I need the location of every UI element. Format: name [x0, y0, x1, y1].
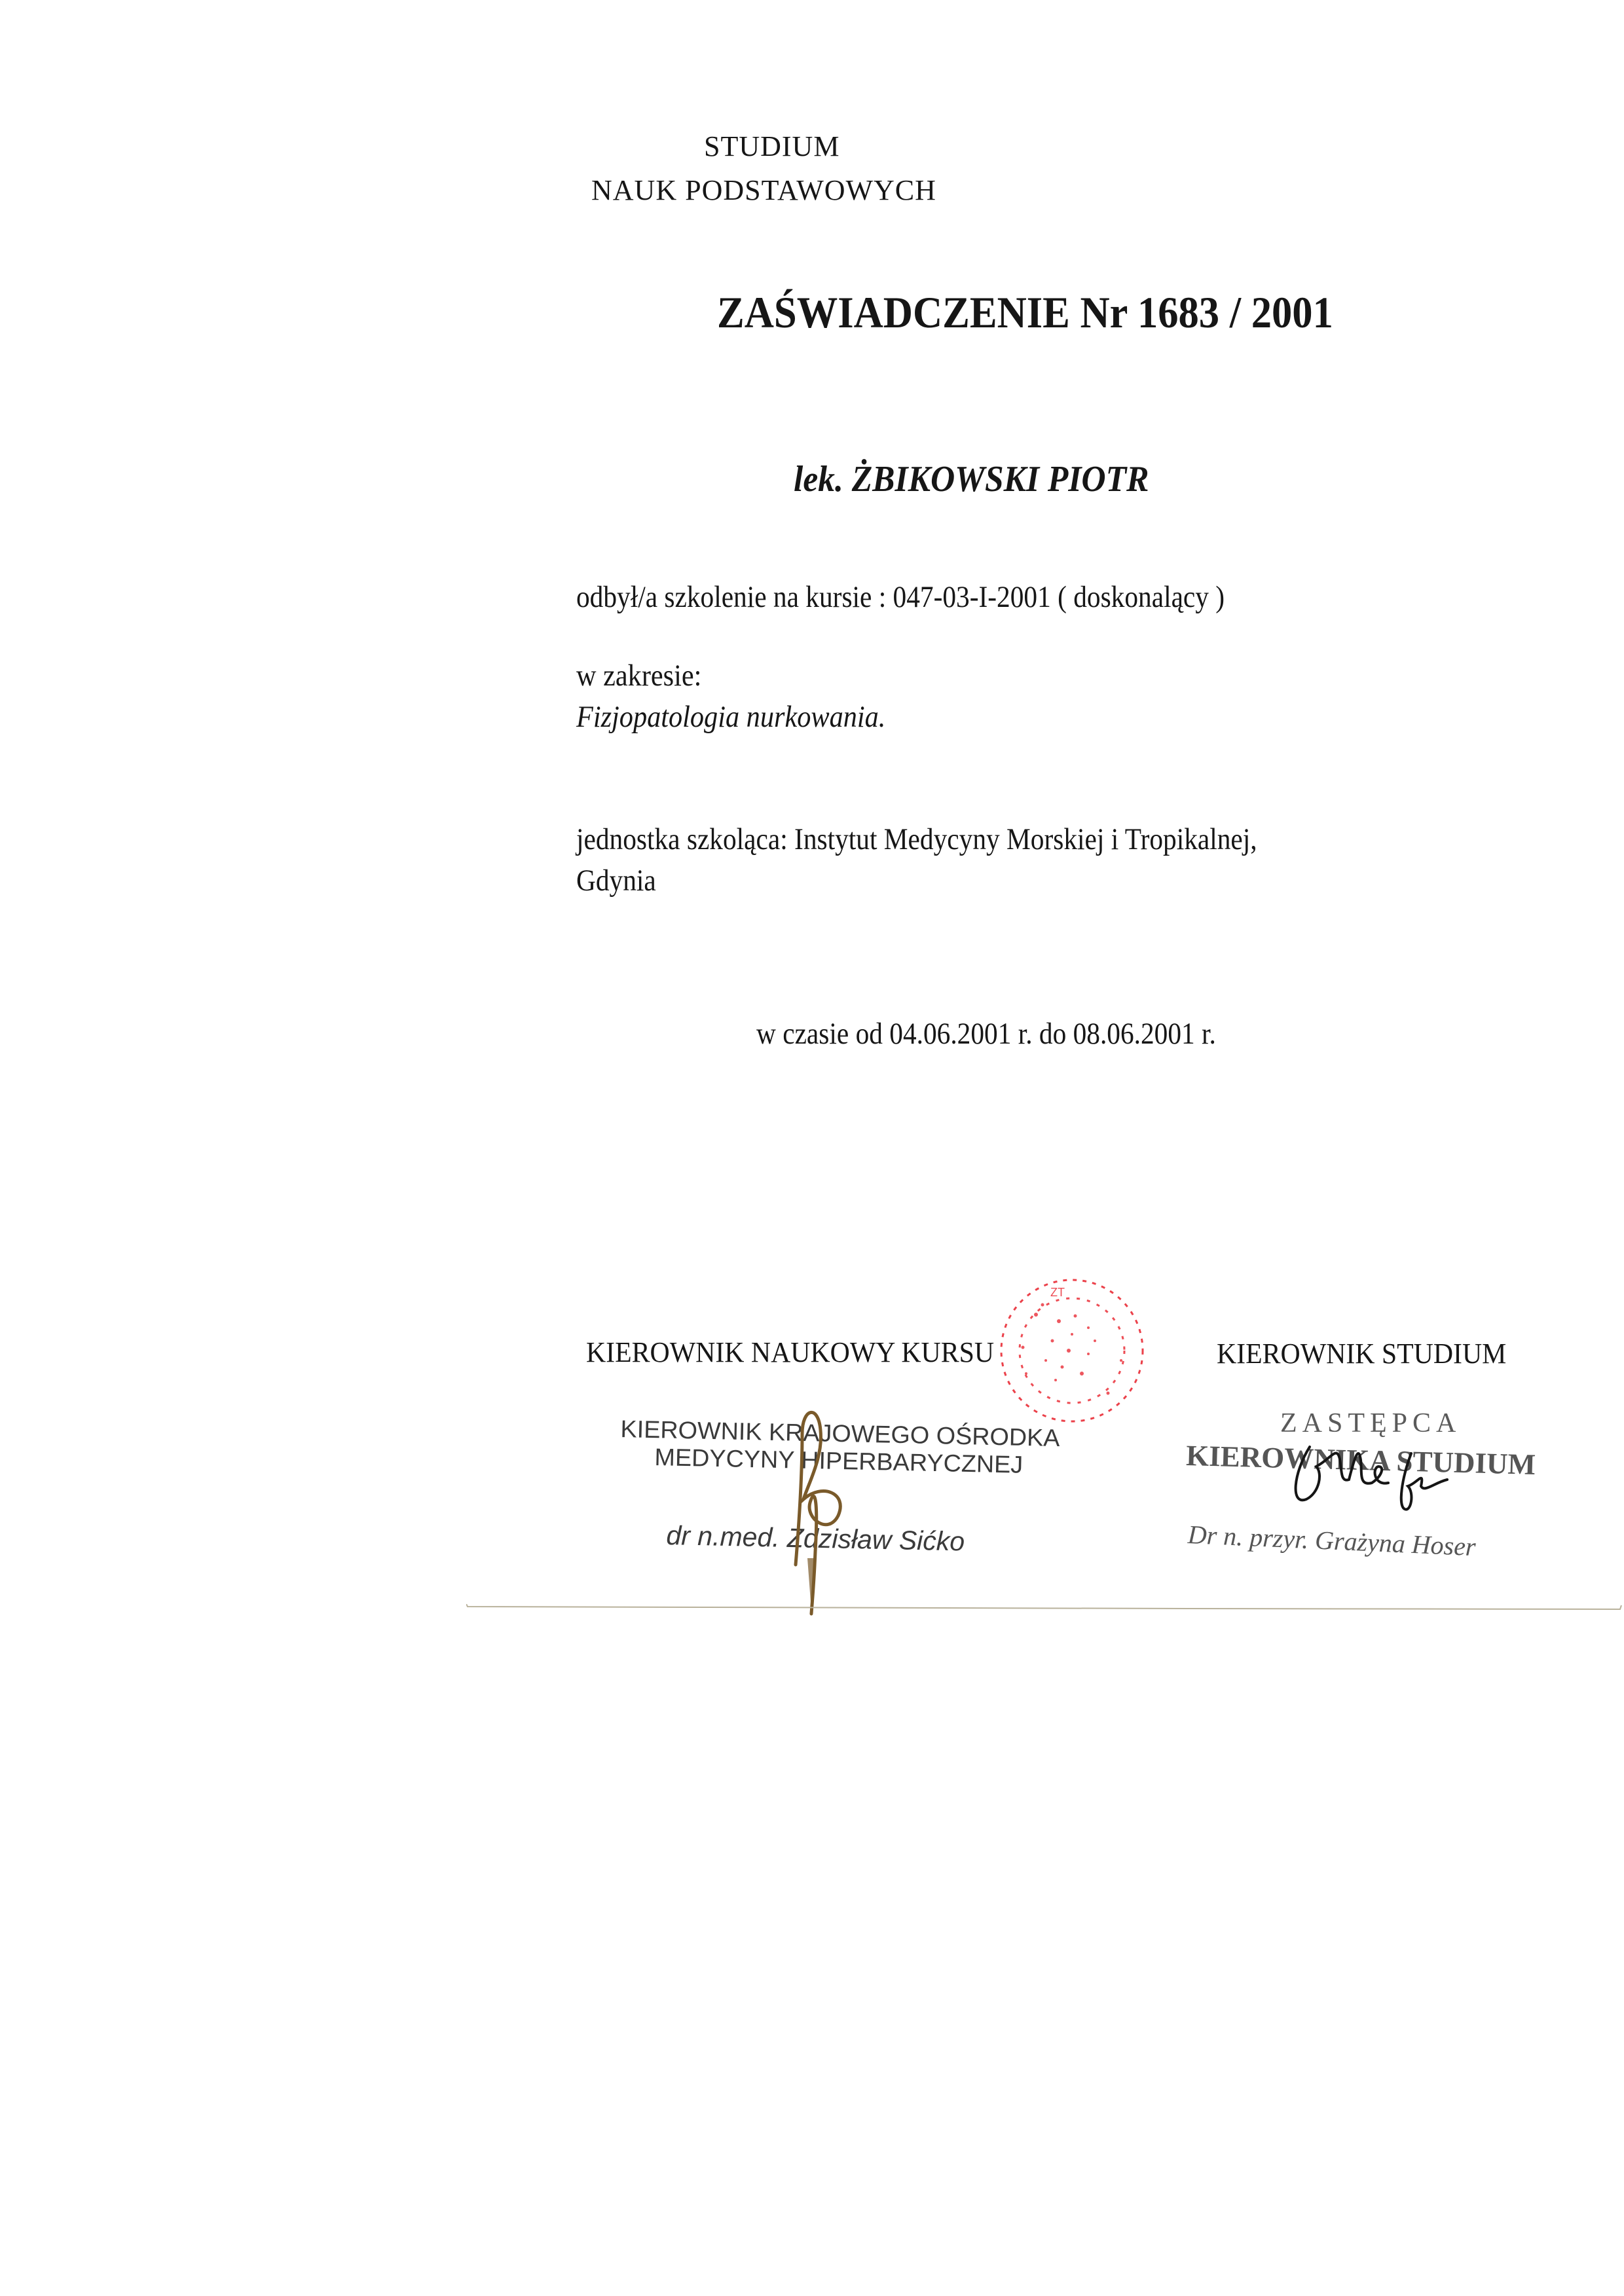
- institution-name-line1: STUDIUM: [704, 130, 840, 163]
- certificate-title: ZAŚWIADCZENIE Nr 1683 / 2001: [717, 287, 1333, 338]
- institution-name-line2: NAUK PODSTAWOWYCH: [591, 173, 936, 207]
- page-edge-divider: [466, 1604, 1622, 1611]
- left-signatory-title: KIEROWNIK NAUKOWY KURSU: [586, 1336, 994, 1369]
- scope-label: w zakresie:: [576, 658, 701, 693]
- training-unit-line2: Gdynia: [576, 863, 656, 898]
- right-handwritten-signature-icon: [1283, 1421, 1467, 1519]
- recipient-name: lek. ŻBIKOWSKI PIOTR: [794, 458, 1149, 500]
- training-unit-line1: jednostka szkoląca: Instytut Medycyny Mo…: [576, 822, 1257, 857]
- course-info: odbył/a szkolenie na kursie : 047-03-I-2…: [576, 579, 1225, 615]
- scope-value: Fizjopatologia nurkowania.: [576, 699, 885, 735]
- training-period: w czasie od 04.06.2001 r. do 08.06.2001 …: [756, 1016, 1216, 1051]
- official-seal-icon: ZT: [997, 1275, 1147, 1426]
- svg-text:ZT: ZT: [1050, 1286, 1065, 1299]
- certificate-page: STUDIUM NAUK PODSTAWOWYCH ZAŚWIADCZENIE …: [0, 0, 1624, 2296]
- right-signatory-name: Dr n. przyr. Grażyna Hoser: [1187, 1519, 1477, 1562]
- left-handwritten-signature-icon: [783, 1394, 861, 1617]
- right-signatory-title: KIEROWNIK STUDIUM: [1217, 1337, 1506, 1370]
